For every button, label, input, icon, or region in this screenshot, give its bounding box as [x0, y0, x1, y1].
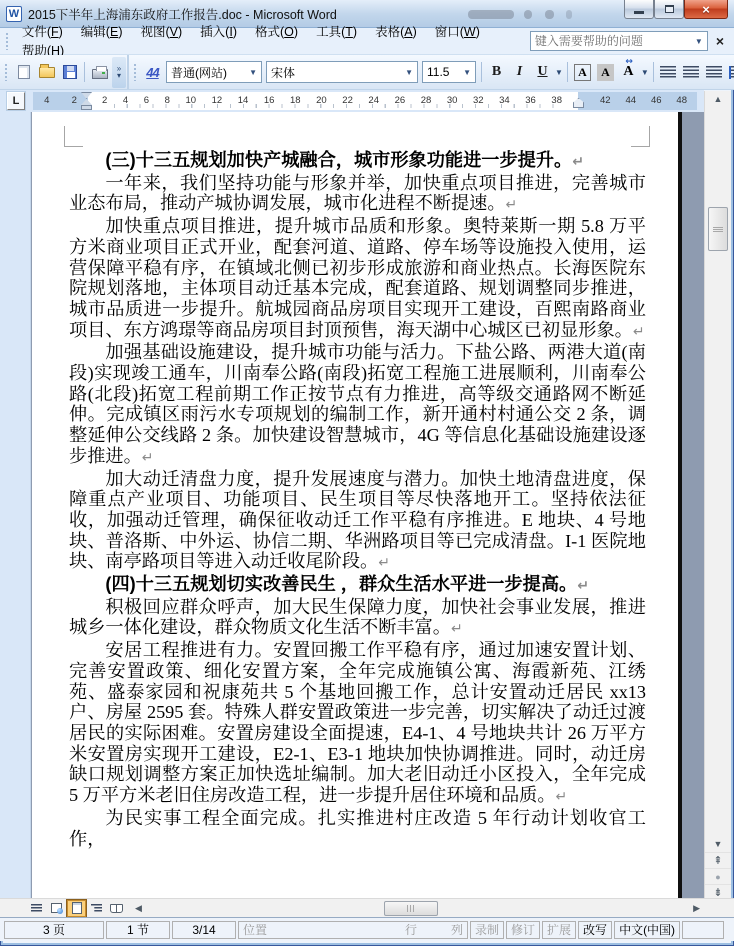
ruler-right-margin: 42444648 [578, 92, 697, 110]
print-layout-view-button[interactable] [68, 901, 85, 916]
save-icon [63, 65, 77, 79]
styles-and-formatting-icon: 44 [146, 65, 158, 80]
print-button[interactable] [88, 61, 111, 84]
styles-formatting-button[interactable]: 44 [141, 61, 164, 84]
word-document-icon: W [6, 6, 22, 22]
document-heading: (四)十三五规划切实改善民生 ，群众生活水平进一步提高。↵ [69, 574, 646, 597]
distributed-button[interactable] [726, 61, 734, 84]
document-left-margin-strip [0, 112, 31, 898]
scroll-up-arrow-icon[interactable]: ▲ [705, 91, 731, 107]
toolbar-grip[interactable] [133, 63, 138, 81]
outline-view-button[interactable] [88, 901, 105, 916]
word-window: W 2015下半年上海浦东政府工作报告.doc - Microsoft Word… [0, 0, 734, 946]
blurred-watermark [545, 10, 554, 19]
document-paragraph: 加快重点项目推进，提升城市品质和形象。奥特莱斯一期 5.8 万平方米商业项目正式… [69, 216, 646, 342]
document-paragraph: 加大动迁清盘力度，提升发展速度与潜力。加快土地清盘进度，保障重点产业项目、功能项… [69, 469, 646, 575]
menu-item-i[interactable]: 插入(I) [191, 21, 246, 43]
page[interactable]: (三)十三五规划加快产城融合，城市形象功能进一步提升。↵一年来，我们坚持功能与形… [32, 112, 682, 898]
align-right-button[interactable] [703, 61, 726, 84]
ruler-number: 2 [72, 96, 77, 106]
toolbar-separator [84, 62, 85, 82]
blurred-watermark [566, 10, 572, 19]
ruler-ticks [102, 104, 562, 108]
blurred-watermark [468, 10, 514, 19]
italic-button[interactable]: I [508, 61, 531, 84]
style-combo[interactable]: 普通(网站) ▼ [166, 61, 262, 83]
status-page-number: 3 页 [4, 921, 104, 939]
menu-item-w[interactable]: 窗口(W) [426, 21, 489, 43]
new-document-button[interactable] [12, 61, 35, 84]
scroll-down-arrow-icon[interactable]: ▼ [705, 836, 731, 852]
ruler-active-area: 2468101214161820222426283032343638 [88, 92, 578, 110]
ruler-number: 48 [676, 96, 687, 106]
vertical-scroll-track[interactable] [705, 107, 731, 836]
help-search-input[interactable] [531, 34, 691, 48]
status-spellcheck-box [682, 921, 724, 939]
paragraph-mark-icon: ↵ [506, 197, 518, 213]
status-column-label: 列 [451, 921, 463, 938]
font-size-combo[interactable]: 11.5 ▼ [422, 61, 476, 83]
font-value: 宋体 [267, 64, 401, 81]
ruler-number: 4 [44, 96, 49, 106]
standard-toolbar: »▾ [0, 55, 129, 89]
blurred-watermark [524, 10, 532, 19]
underline-dropdown-arrow-icon[interactable]: ▼ [554, 68, 564, 77]
horizontal-scroll-track[interactable] [146, 901, 687, 916]
menu-item-t[interactable]: 工具(T) [307, 21, 366, 43]
restore-icon [665, 5, 674, 13]
underline-icon: U [537, 64, 547, 80]
font-combo[interactable]: 宋体 ▼ [266, 61, 418, 83]
font-size-value: 11.5 [423, 65, 459, 79]
character-shading-button[interactable]: A [594, 61, 617, 84]
paragraph-mark-icon: ↵ [577, 578, 589, 594]
document-heading: (三)十三五规划加快产城融合，城市形象功能进一步提升。↵ [69, 150, 646, 173]
reading-layout-view-button[interactable] [108, 901, 125, 916]
close-button[interactable]: × [684, 0, 728, 19]
window-controls: × [624, 0, 728, 19]
previous-page-button[interactable]: ⇞ [705, 852, 731, 868]
toolbar-grip[interactable] [5, 32, 10, 50]
help-dropdown-arrow-icon[interactable]: ▼ [691, 37, 707, 46]
scroll-left-arrow-icon[interactable]: ◀ [131, 903, 146, 914]
align-right-icon [706, 66, 722, 79]
scaling-dropdown-arrow-icon[interactable]: ▼ [640, 68, 650, 77]
paragraph-mark-icon: ↵ [556, 789, 568, 805]
reading-layout-icon [110, 904, 123, 913]
status-page-of-total: 3/14 [172, 921, 236, 939]
tab-selector[interactable]: L [7, 92, 25, 110]
style-dropdown-arrow-icon[interactable]: ▼ [245, 68, 261, 77]
document-paragraph: 积极回应群众呼声，加大民生保障力度，加快社会事业发展，推进城乡一体化建设，群众物… [69, 597, 646, 640]
italic-icon: I [517, 64, 522, 80]
horizontal-scroll-thumb[interactable] [384, 901, 438, 916]
select-browse-object-button[interactable]: ● [705, 868, 731, 884]
ruler-left-margin: 42 [33, 92, 88, 110]
align-left-icon [660, 66, 676, 79]
open-folder-icon [39, 67, 55, 78]
outline-view-icon [91, 904, 102, 913]
ruler-row: L 42 2468101214161820222426283032343638 … [0, 90, 704, 112]
paragraph-mark-icon: ↵ [451, 621, 463, 637]
toolbar-separator [567, 62, 568, 82]
character-shading-icon: A [597, 64, 614, 81]
paragraph-mark-icon: ↵ [142, 450, 154, 466]
print-icon [92, 69, 108, 79]
ruler-number: 46 [651, 96, 662, 106]
document-paragraph: 一年来，我们坚持功能与形象并举，加快重点项目推进，完善城市业态布局，推动产城协调… [69, 173, 646, 216]
status-position-label: 位置 [243, 921, 267, 938]
document-paragraph: 加强基础设施建设，提升城市功能与活力。下盐公路、两港大道(南段)实现竣工通车，川… [69, 342, 646, 468]
document-area: (三)十三五规划加快产城融合，城市形象功能进一步提升。↵一年来，我们坚持功能与形… [0, 112, 704, 898]
minimize-icon [634, 11, 644, 14]
ruler-number: 44 [625, 96, 636, 106]
paragraph-mark-icon: ↵ [633, 324, 645, 340]
horizontal-scrollbar-row: ◀ ▶ [0, 898, 734, 917]
font-dropdown-arrow-icon[interactable]: ▼ [401, 68, 417, 77]
left-indent-marker[interactable] [81, 105, 92, 110]
document-paragraph: 为民实事工程全面完成。扎实推进村庄改造 5 年行动计划收官工作， [69, 808, 646, 849]
bold-icon: B [492, 64, 501, 80]
menu-item-v[interactable]: 视图(V) [131, 21, 191, 43]
window-title: 2015下半年上海浦东政府工作报告.doc - Microsoft Word [28, 5, 337, 23]
toolbar-options-button[interactable]: »▾ [112, 57, 126, 88]
normal-view-button[interactable] [28, 901, 45, 916]
new-document-icon [18, 65, 30, 79]
formatting-toolbar: 44 普通(网站) ▼ 宋体 ▼ 11.5 ▼ B I U ▼ A A A ▼ [129, 55, 734, 89]
underline-button[interactable]: U [531, 61, 554, 84]
vertical-scrollbar[interactable]: ▲ ▼ ⇞ ● ⇟ [704, 91, 731, 900]
scroll-right-arrow-icon[interactable]: ▶ [689, 903, 704, 914]
size-dropdown-arrow-icon[interactable]: ▼ [459, 68, 475, 77]
minimize-button[interactable] [624, 0, 654, 19]
text-boundary-mark-top-right [631, 126, 650, 147]
open-button[interactable] [35, 61, 58, 84]
view-buttons [0, 901, 131, 916]
character-border-icon: A [574, 64, 591, 81]
character-scaling-button[interactable]: A [617, 61, 640, 84]
toolbar-separator [481, 62, 482, 82]
web-layout-icon [51, 903, 62, 913]
menu-item-a[interactable]: 表格(A) [366, 21, 426, 43]
status-extend-toggle[interactable]: 扩展 [542, 921, 576, 939]
align-center-icon [683, 66, 699, 79]
save-button[interactable] [58, 61, 81, 84]
vertical-scroll-thumb[interactable] [708, 207, 728, 251]
status-position-box: 位置 行 列 [238, 921, 468, 939]
text-boundary-mark-top-left [64, 126, 83, 147]
status-section: 1 节 [106, 921, 170, 939]
web-layout-view-button[interactable] [48, 901, 65, 916]
normal-view-icon [31, 904, 42, 913]
menu-item-e[interactable]: 编辑(E) [72, 21, 132, 43]
toolbar-grip[interactable] [4, 63, 9, 81]
toolbars: »▾ 44 普通(网站) ▼ 宋体 ▼ 11.5 ▼ B I U ▼ A [0, 55, 734, 90]
menu-bar: 文件(F)编辑(E)视图(V)插入(I)格式(O)工具(T)表格(A)窗口(W)… [0, 28, 734, 55]
toolbar-separator [653, 62, 654, 82]
paragraph-mark-icon: ↵ [378, 555, 390, 571]
restore-button[interactable] [654, 0, 684, 19]
status-bar: 3 页 1 节 3/14 位置 行 列 录制 修订 扩展 改写 中文(中国) [0, 917, 734, 941]
status-line-label: 行 [405, 921, 417, 938]
menu-item-o[interactable]: 格式(O) [246, 21, 307, 43]
menubar-close-icon[interactable]: × [708, 33, 734, 49]
horizontal-ruler[interactable]: 42 2468101214161820222426283032343638 42… [33, 92, 697, 110]
character-border-button[interactable]: A [571, 61, 594, 84]
help-search-box: ▼ [530, 31, 708, 51]
character-scaling-icon: A [623, 64, 633, 80]
ruler-number: 42 [600, 96, 611, 106]
paragraph-mark-icon: ↵ [572, 154, 584, 170]
align-center-button[interactable] [680, 61, 703, 84]
status-record-toggle[interactable]: 录制 [470, 921, 504, 939]
document-content[interactable]: (三)十三五规划加快产城融合，城市形象功能进一步提升。↵一年来，我们坚持功能与形… [69, 150, 646, 849]
bold-button[interactable]: B [485, 61, 508, 84]
status-language[interactable]: 中文(中国) [614, 921, 680, 939]
style-value: 普通(网站) [167, 64, 245, 81]
status-revise-toggle[interactable]: 修订 [506, 921, 540, 939]
document-paragraph: 安居工程推进有力。安置回搬工作平稳有序，通过加速安置计划、完善安置政策、细化安置… [69, 640, 646, 808]
print-layout-icon [72, 902, 82, 914]
status-overtype-toggle[interactable]: 改写 [578, 921, 612, 939]
align-left-button[interactable] [657, 61, 680, 84]
